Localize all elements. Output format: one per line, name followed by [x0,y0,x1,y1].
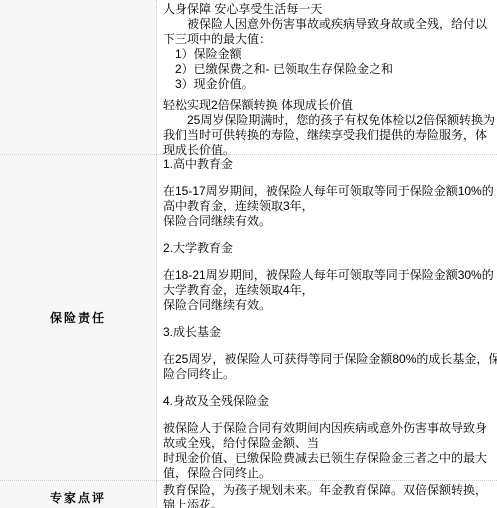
row-content-cell: 教育保险，为孩子规划未来。年金教育保障。双倍保额转换， 锦上添花。 [157,481,497,508]
table-row-insurance-liability: 保险责任 1.高中教育金 在15-17周岁期间，被保险人每年可领取等同于保险金额… [0,155,497,481]
growth-fund-heading: 3.成长基金 [163,325,497,340]
table-row-expert-comment: 专家点评 教育保险，为孩子规划未来。年金教育保障。双倍保额转换， 锦上添花。 [0,481,497,508]
row-label-cell-expert: 专家点评 [0,481,157,508]
college-fund-heading: 2.大学教育金 [163,241,497,256]
row-content-cell: 人身保障 安心享受生活每一天 被保险人因意外伤害事故或疾病导致身故或全残，给付以… [157,0,497,154]
college-fund-detail: 在18-21周岁期间，被保险人每年可领取等同于保险金额30%的 大学教育金，连续… [163,268,497,313]
expert-comment-text: 教育保险，为孩子规划未来。年金教育保障。双倍保额转换， 锦上添花。 [163,483,497,508]
row-content-cell: 1.高中教育金 在15-17周岁期间，被保险人每年可领取等同于保险金额10%的 … [157,155,497,480]
life-protection-paragraph: 人身保障 安心享受生活每一天 被保险人因意外伤害事故或疾病导致身故或全残，给付以… [163,2,497,92]
row-label-expert-comment: 专家点评 [50,489,106,506]
row-label-insurance-liability: 保险责任 [50,309,106,326]
row-label-cell-empty [0,0,157,154]
insurance-benefit-table: 人身保障 安心享受生活每一天 被保险人因意外伤害事故或疾病导致身故或全残，给付以… [0,0,497,508]
growth-fund-detail: 在25周岁，被保险人可获得等同于保险金额80%的成长基金，保 险合同终止。 [163,352,497,382]
row-label-cell-liability: 保险责任 [0,155,157,480]
high-school-fund-heading: 1.高中教育金 [163,157,497,172]
death-disability-benefit-detail: 被保险人于保险合同有效期间内因疾病或意外伤害事故导致身 故或全残，给付保险金额、… [163,421,497,481]
high-school-fund-detail: 在15-17周岁期间，被保险人每年可领取等同于保险金额10%的 高中教育金，连续… [163,184,497,229]
death-disability-benefit-heading: 4.身故及全残保险金 [163,394,497,409]
sum-assured-conversion-paragraph: 轻松实现2倍保额转换 体现成长价值 25周岁保险期满时，您的孩子有权免体检以2倍… [163,98,497,158]
table-row-life-protection: 人身保障 安心享受生活每一天 被保险人因意外伤害事故或疾病导致身故或全残，给付以… [0,0,497,155]
